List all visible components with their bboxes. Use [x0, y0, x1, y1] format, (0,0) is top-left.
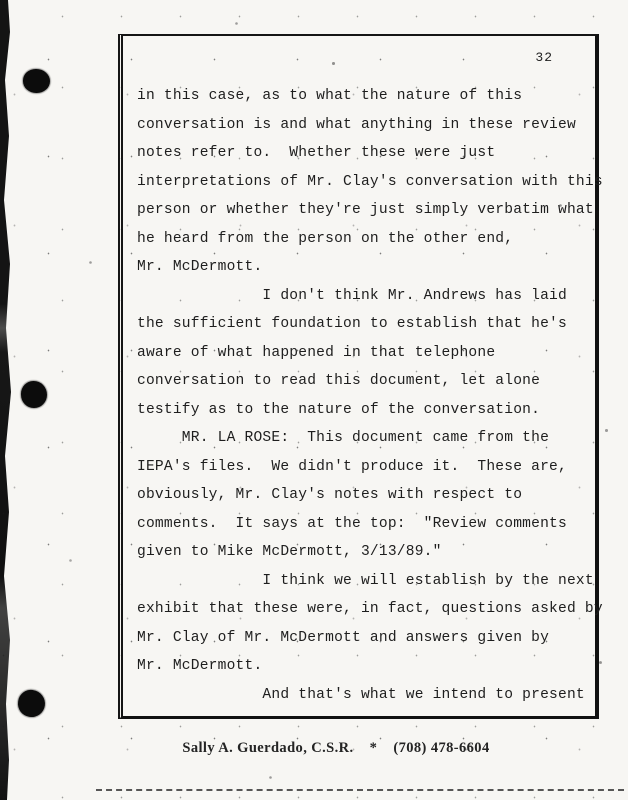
- transcript-line: comments. It says at the top: "Review co…: [137, 510, 603, 539]
- transcript-line: interpretations of Mr. Clay's conversati…: [137, 168, 603, 197]
- hole-punch-top: [23, 69, 50, 93]
- transcript-line: I think we will establish by the next: [137, 567, 603, 596]
- scan-edge-artifact: [0, 0, 12, 800]
- transcript-line: conversation to read this document, let …: [137, 367, 603, 396]
- transcript-line: IEPA's files. We didn't produce it. Thes…: [137, 453, 603, 482]
- transcript-line: Mr. Clay of Mr. McDermott and answers gi…: [137, 624, 603, 653]
- transcript-line: he heard from the person on the other en…: [137, 225, 603, 254]
- transcript-body: in this case, as to what the nature of t…: [137, 82, 603, 709]
- transcript-line: Mr. McDermott.: [137, 253, 603, 282]
- scanned-transcript-page: 32 in this case, as to what the nature o…: [0, 0, 628, 800]
- transcript-line: person or whether they're just simply ve…: [137, 196, 603, 225]
- hole-punch-bottom: [16, 688, 46, 718]
- transcript-line: testify as to the nature of the conversa…: [137, 396, 603, 425]
- transcript-line: MR. LA ROSE: This document came from the: [137, 424, 603, 453]
- transcript-line: conversation is and what anything in the…: [137, 111, 603, 140]
- reporter-footer: Sally A. Guerdado, C.S.R. * (708) 478-66…: [0, 740, 628, 757]
- page-number: 32: [535, 50, 553, 65]
- transcript-line: And that's what we intend to present: [137, 681, 603, 710]
- transcript-line: aware of what happened in that telephone: [137, 339, 603, 368]
- transcript-line: Mr. McDermott.: [137, 652, 603, 681]
- scan-speckles: [0, 0, 1, 1]
- transcript-line: notes refer to. Whether these were just: [137, 139, 603, 168]
- hole-punch-middle: [21, 381, 47, 408]
- transcript-line: obviously, Mr. Clay's notes with respect…: [137, 481, 603, 510]
- transcript-line: the sufficient foundation to establish t…: [137, 310, 603, 339]
- transcript-line: given to Mike McDermott, 3/13/89.": [137, 538, 603, 567]
- transcript-border-box: 32 in this case, as to what the nature o…: [118, 34, 599, 719]
- bottom-scan-line: [96, 789, 624, 791]
- transcript-line: in this case, as to what the nature of t…: [137, 82, 603, 111]
- transcript-line: I don't think Mr. Andrews has laid: [137, 282, 603, 311]
- transcript-line: exhibit that these were, in fact, questi…: [137, 595, 603, 624]
